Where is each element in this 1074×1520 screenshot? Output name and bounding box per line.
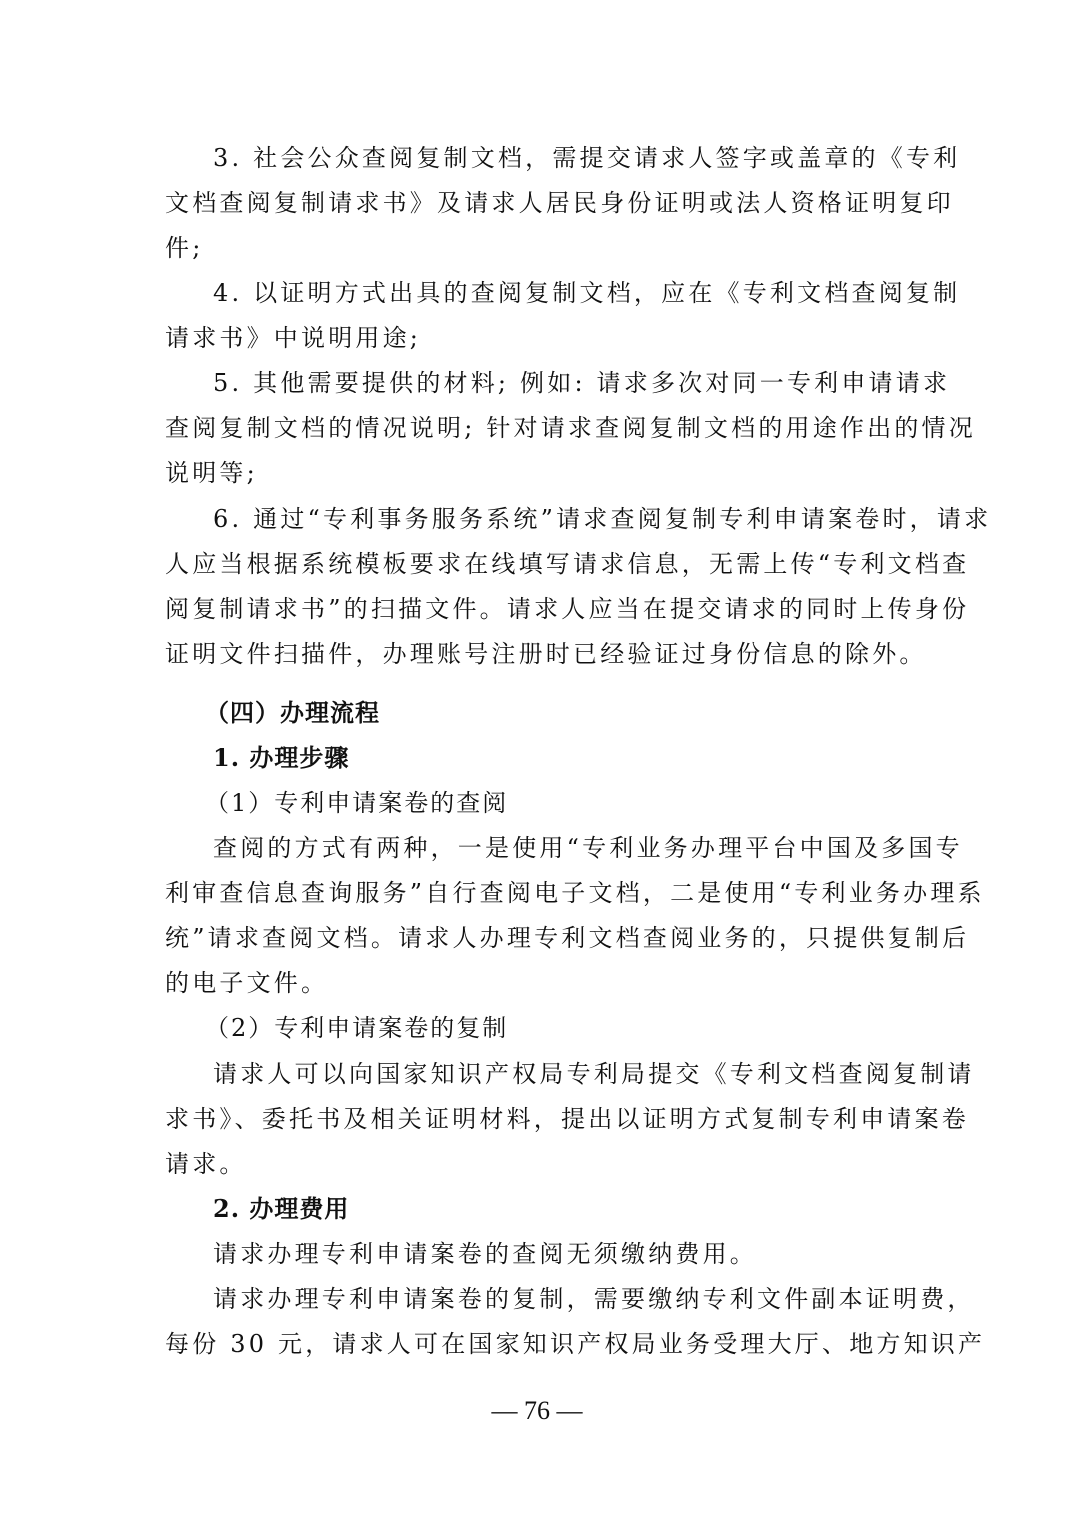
step-2-heading: 2. 办理费用 xyxy=(213,1193,613,1225)
sub-2-title: （2）专利申请案卷的复制 xyxy=(205,1012,605,1044)
step-2-line-2: 请求办理专利申请案卷的复制，需要缴纳专利文件副本证明费， xyxy=(213,1283,911,1315)
sub-2-line-2: 求书》、委托书及相关证明材料，提出以证明方式复制专利申请案卷 xyxy=(165,1103,911,1135)
step-1-heading: 1. 办理步骤 xyxy=(213,742,613,774)
item-4-line-1: 4. 以证明方式出具的查阅复制文档，应在《专利文档查阅复制 xyxy=(213,277,911,309)
sub-1-line-3: 统”请求查阅文档。请求人办理专利文档查阅业务的，只提供复制后 xyxy=(165,922,911,954)
section-title: （四）办理流程 xyxy=(205,697,605,729)
item-3-line-1: 3. 社会公众查阅复制文档，需提交请求人签字或盖章的《专利 xyxy=(213,142,911,174)
item-6-line-2: 人应当根据系统模板要求在线填写请求信息，无需上传“专利文档查 xyxy=(165,548,911,580)
item-4-line-2: 请求书》中说明用途; xyxy=(165,322,911,354)
item-3-line-2: 文档查阅复制请求书》及请求人居民身份证明或法人资格证明复印 xyxy=(165,187,911,219)
item-6-line-4: 证明文件扫描件，办理账号注册时已经验证过身份信息的除外。 xyxy=(165,638,911,670)
item-5-line-3: 说明等; xyxy=(165,457,911,489)
page-number: — 76 — xyxy=(0,1396,1074,1426)
step-2-line-1: 请求办理专利申请案卷的查阅无须缴纳费用。 xyxy=(213,1238,911,1270)
item-6-line-1: 6. 通过“专利事务服务系统”请求查阅复制专利申请案卷时，请求 xyxy=(213,503,911,535)
sub-1-title: （1）专利申请案卷的查阅 xyxy=(205,787,605,819)
item-5-line-1: 5. 其他需要提供的材料; 例如: 请求多次对同一专利申请请求 xyxy=(213,367,911,399)
sub-1-line-2: 利审查信息查询服务”自行查阅电子文档，二是使用“专利业务办理系 xyxy=(165,877,911,909)
item-3-line-3: 件; xyxy=(165,232,911,264)
step-2-line-3: 每份 30 元，请求人可在国家知识产权局业务受理大厅、地方知识产 xyxy=(165,1328,911,1360)
sub-1-line-4: 的电子文件。 xyxy=(165,967,911,999)
sub-1-line-1: 查阅的方式有两种，一是使用“专利业务办理平台中国及多国专 xyxy=(213,832,911,864)
item-5-line-2: 查阅复制文档的情况说明; 针对请求查阅复制文档的用途作出的情况 xyxy=(165,412,911,444)
sub-2-line-1: 请求人可以向国家知识产权局专利局提交《专利文档查阅复制请 xyxy=(213,1058,911,1090)
document-page: 3. 社会公众查阅复制文档，需提交请求人签字或盖章的《专利 文档查阅复制请求书》… xyxy=(0,0,1074,1520)
item-6-line-3: 阅复制请求书”的扫描文件。请求人应当在提交请求的同时上传身份 xyxy=(165,593,911,625)
sub-2-line-3: 请求。 xyxy=(165,1148,911,1180)
